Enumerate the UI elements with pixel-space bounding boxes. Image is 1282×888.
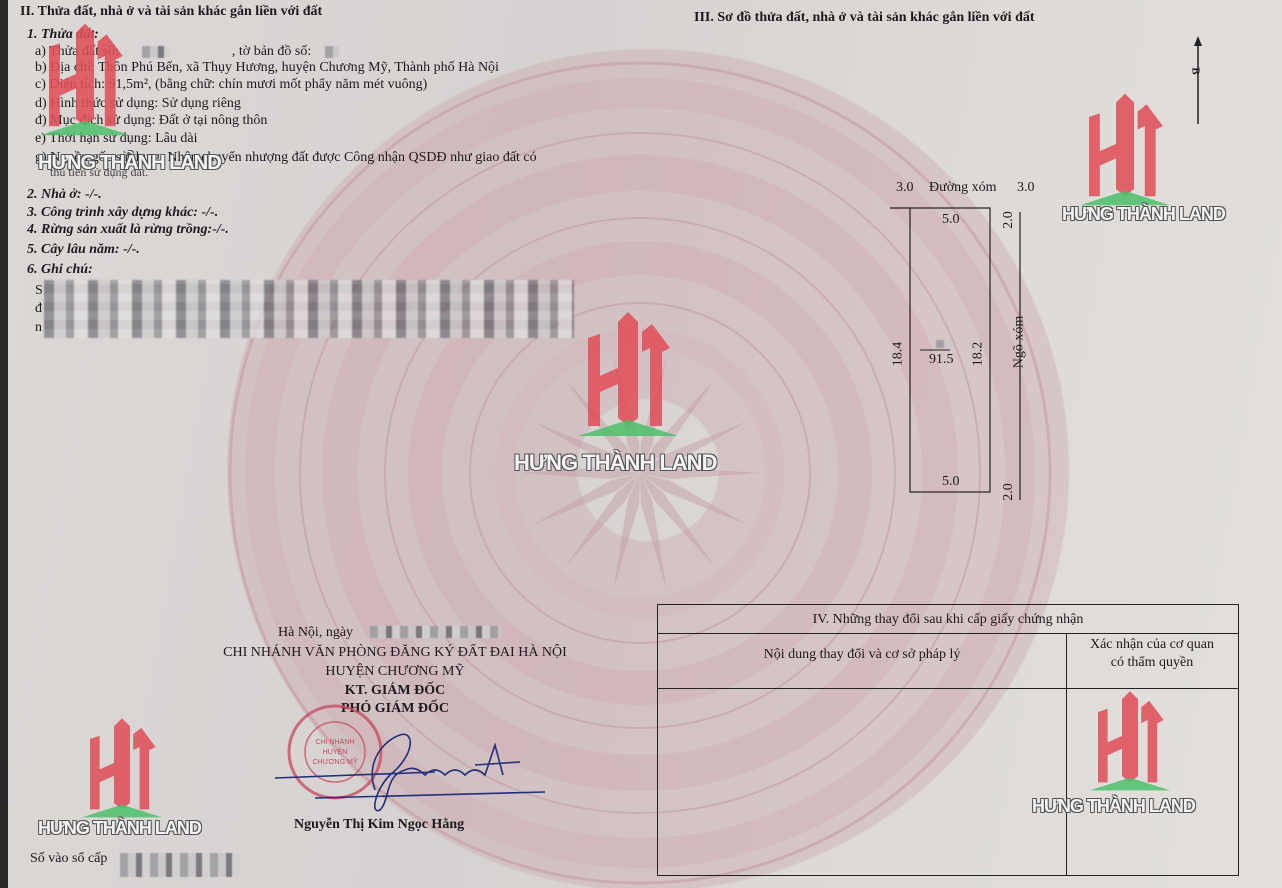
- office-name: CHI NHÁNH VĂN PHÒNG ĐĂNG KÝ ĐẤT ĐAI HÀ N…: [190, 645, 600, 661]
- road-top-right-width: 3.0: [1017, 180, 1035, 196]
- house-row: 2. Nhà ở: -/-.: [27, 187, 102, 203]
- side-top-width: 2.0: [1001, 211, 1017, 229]
- signer-title-2: PHÓ GIÁM ĐỐC: [190, 701, 600, 717]
- redacted-date: [370, 626, 500, 638]
- other-construction-row: 3. Công trình xây dựng khác: -/-.: [27, 205, 218, 221]
- confirmation-column-header-2: có thẩm quyền: [1066, 655, 1238, 671]
- origin-row-cont: thu tiền sử dụng đất.: [50, 164, 148, 180]
- redacted-parcel-id: [936, 340, 952, 348]
- road-top-label: Đường xóm: [929, 180, 997, 196]
- note-line-1: S: [35, 283, 43, 299]
- registry-number-label: Số vào sổ cấp: [30, 851, 107, 867]
- map-sheet-label: , tờ bản đồ số:: [232, 44, 311, 59]
- redacted-map-sheet: [325, 46, 339, 58]
- north-label: B: [1188, 67, 1204, 74]
- parcel-number-label: a) Thửa đất số:: [35, 44, 119, 59]
- forest-row: 4. Rừng sản xuất là rừng trồng:-/-.: [27, 222, 229, 238]
- perennial-row: 5. Cây lâu năm: -/-.: [27, 242, 140, 258]
- area-row: c) Diện tích: 91,5m², (bằng chữ: chín mư…: [35, 77, 427, 93]
- changes-column-header: Nội dung thay đổi và cơ sở pháp lý: [658, 647, 1066, 663]
- redacted-parcel-number: [142, 46, 170, 58]
- office-district: HUYỆN CHƯƠNG MỸ: [190, 664, 600, 680]
- note-line-3: n: [35, 320, 42, 336]
- redacted-note-text: [44, 280, 574, 338]
- edge-top-length: 5.0: [942, 212, 960, 228]
- note-heading: 6. Ghi chú:: [27, 262, 93, 278]
- usage-form-row: d) Hình thức sử dụng: Sử dụng riêng: [35, 96, 241, 112]
- north-arrow-icon: [1188, 36, 1208, 126]
- edge-right-length: 18.2: [970, 342, 986, 367]
- usage-term-row: e) Thời hạn sử dụng: Lâu dài: [35, 131, 197, 147]
- parcel-number-row: a) Thửa đất số: , tờ bản đồ số:: [35, 44, 339, 60]
- edge-bottom-length: 5.0: [942, 474, 960, 490]
- parcel-area: 91.5: [929, 352, 954, 368]
- edge-left-length: 18.4: [890, 342, 906, 367]
- side-bottom-width: 2.0: [1001, 483, 1017, 501]
- usage-purpose-row: đ) Mục đích sử dụng: Đất ở tại nông thôn: [35, 113, 267, 129]
- address-row: b) Địa chỉ: Thôn Phú Bến, xã Thụy Hương,…: [35, 60, 499, 76]
- redacted-registry-number: [120, 853, 240, 877]
- parcel-diagram: [880, 170, 1060, 510]
- note-line-2: đ: [35, 301, 42, 317]
- signer-title-1: KT. GIÁM ĐỐC: [190, 683, 600, 699]
- left-border: [0, 0, 8, 888]
- section-ii-title: II. Thửa đất, nhà ở và tài sản khác gắn …: [20, 4, 322, 20]
- section-iv-title: IV. Những thay đổi sau khi cấp giấy chứn…: [658, 612, 1238, 628]
- thua-dat-heading: 1. Thửa đất:: [27, 27, 99, 43]
- signer-name: Nguyễn Thị Kim Ngọc Hằng: [294, 817, 464, 833]
- road-top-left-width: 3.0: [896, 180, 914, 196]
- changes-table: IV. Những thay đổi sau khi cấp giấy chứn…: [657, 604, 1239, 876]
- side-road-label: Ngõ xóm: [1011, 316, 1027, 369]
- signature-scribble: [275, 720, 555, 820]
- place-date-label: Hà Nội, ngày: [278, 625, 353, 641]
- confirmation-column-header-1: Xác nhận của cơ quan: [1066, 637, 1238, 653]
- section-iii-title: III. Sơ đồ thửa đất, nhà ở và tài sản kh…: [694, 10, 1035, 26]
